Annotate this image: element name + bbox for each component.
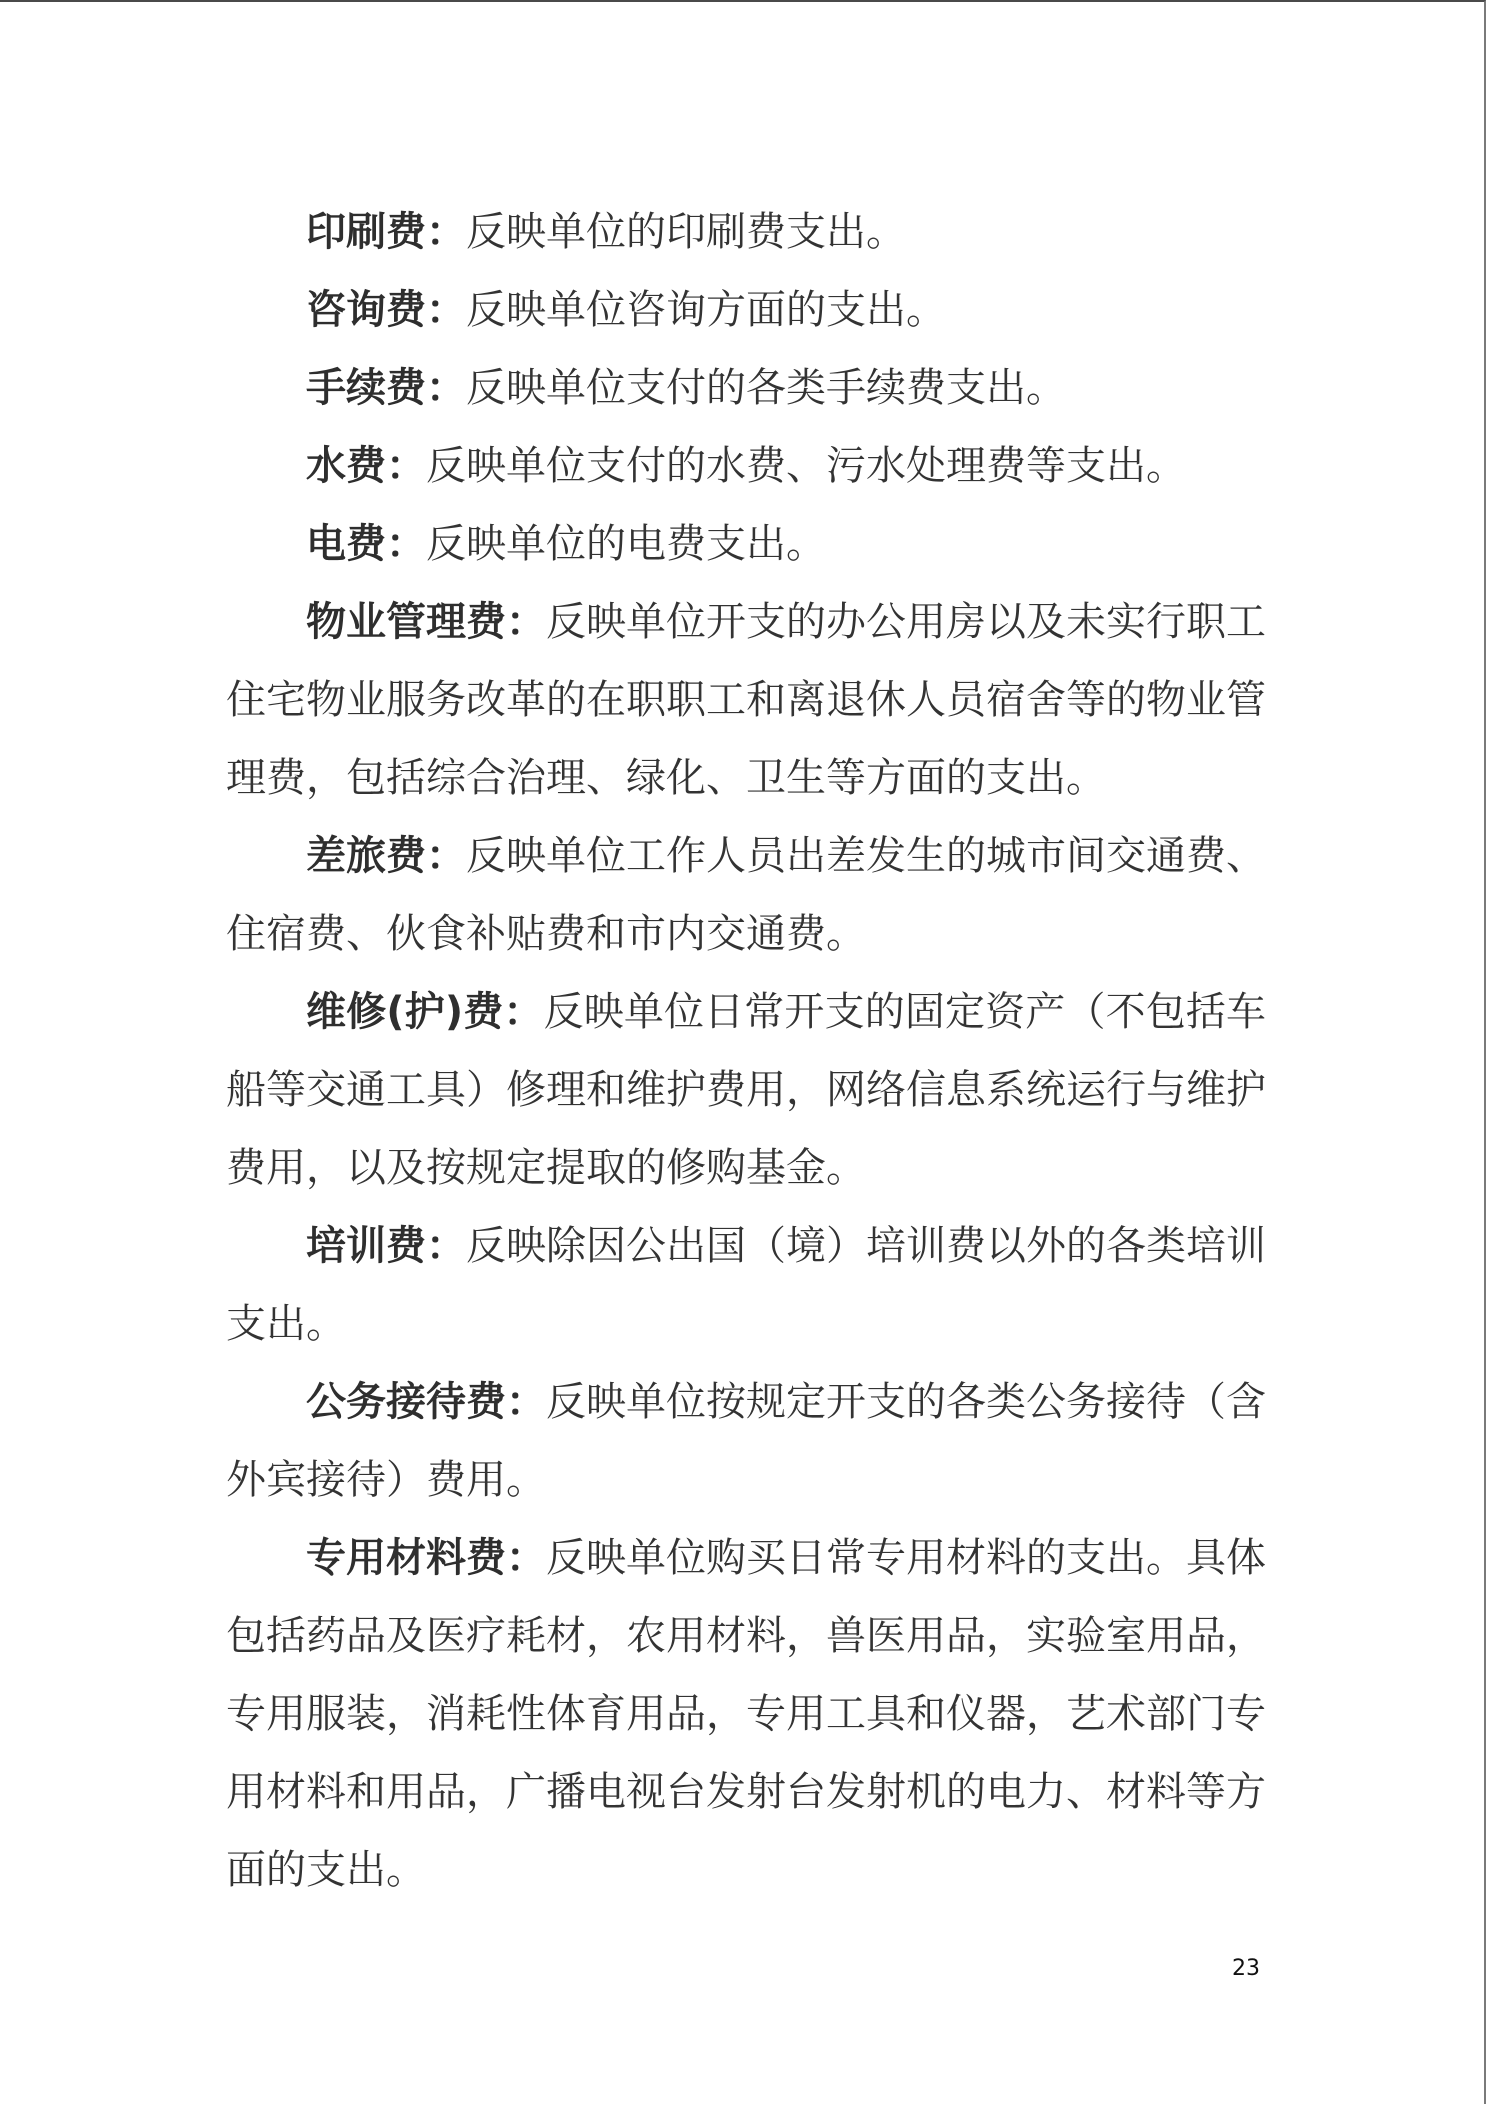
paragraph-water-fee: 水费：反映单位支付的水费、污水处理费等支出。 — [226, 427, 1266, 505]
term-description: 反映单位的电费支出。 — [426, 521, 826, 567]
paragraph-official-reception-fee: 公务接待费：反映单位按规定开支的各类公务接待（含外宾接待）费用。 — [226, 1363, 1266, 1519]
term-description: 反映单位购买日常专用材料的支出。具体包括药品及医疗耗材，农用材料，兽医用品，实验… — [226, 1535, 1266, 1893]
page-number: 23 — [1232, 1954, 1260, 1984]
paragraph-electricity-fee: 电费：反映单位的电费支出。 — [226, 505, 1266, 583]
term-label: 水费： — [306, 443, 426, 489]
paragraph-special-materials-fee: 专用材料费：反映单位购买日常专用材料的支出。具体包括药品及医疗耗材，农用材料，兽… — [226, 1519, 1266, 1909]
paragraph-maintenance-fee: 维修(护)费：反映单位日常开支的固定资产（不包括车船等交通工具）修理和维护费用，… — [226, 973, 1266, 1207]
term-label: 培训费： — [306, 1223, 466, 1269]
term-label: 物业管理费： — [306, 599, 546, 645]
term-description: 反映单位支付的各类手续费支出。 — [466, 365, 1066, 411]
document-page: 印刷费：反映单位的印刷费支出。 咨询费：反映单位咨询方面的支出。 手续费：反映单… — [0, 0, 1486, 2104]
paragraph-property-management-fee: 物业管理费：反映单位开支的办公用房以及未实行职工住宅物业服务改革的在职职工和离退… — [226, 583, 1266, 817]
paragraph-handling-fee: 手续费：反映单位支付的各类手续费支出。 — [226, 349, 1266, 427]
paragraph-travel-fee: 差旅费：反映单位工作人员出差发生的城市间交通费、住宿费、伙食补贴费和市内交通费。 — [226, 817, 1266, 973]
term-label: 咨询费： — [306, 287, 466, 333]
term-label: 专用材料费： — [306, 1535, 546, 1581]
paragraph-printing-fee: 印刷费：反映单位的印刷费支出。 — [226, 193, 1266, 271]
term-description: 反映单位支付的水费、污水处理费等支出。 — [426, 443, 1186, 489]
term-description: 反映单位的印刷费支出。 — [466, 209, 906, 255]
term-label: 电费： — [306, 521, 426, 567]
paragraph-training-fee: 培训费：反映除因公出国（境）培训费以外的各类培训支出。 — [226, 1207, 1266, 1363]
term-label: 差旅费： — [306, 833, 466, 879]
term-label: 印刷费： — [306, 209, 466, 255]
term-label: 公务接待费： — [306, 1379, 546, 1425]
paragraph-consulting-fee: 咨询费：反映单位咨询方面的支出。 — [226, 271, 1266, 349]
term-description: 反映单位咨询方面的支出。 — [466, 287, 946, 333]
term-label: 维修(护)费： — [306, 989, 544, 1035]
document-body: 印刷费：反映单位的印刷费支出。 咨询费：反映单位咨询方面的支出。 手续费：反映单… — [226, 193, 1266, 1909]
term-label: 手续费： — [306, 365, 466, 411]
